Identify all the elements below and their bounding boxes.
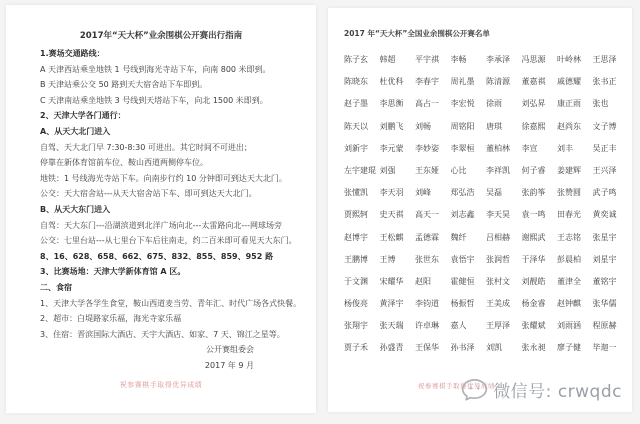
player-name: 宋耀华 bbox=[380, 276, 416, 298]
player-name: 张耀斌 bbox=[522, 320, 558, 342]
player-name: 心比 bbox=[451, 165, 487, 187]
player-name: 张华儒 bbox=[593, 298, 629, 320]
player-name: 王松麒 bbox=[380, 232, 416, 254]
player-name: 郑弘浩 bbox=[451, 187, 487, 209]
player-name: 唐琪 bbox=[486, 121, 522, 143]
player-name: 黄奕诚 bbox=[593, 209, 629, 231]
player-name: 李祥凯 bbox=[486, 165, 522, 187]
player-name: 张翔宇 bbox=[344, 320, 380, 342]
player-name: 霍健恒 bbox=[451, 276, 487, 298]
guide-line: 自驾：天大东门---沿湖滨道到北洋广场向北---太雷路向北---网球场旁 bbox=[40, 218, 306, 234]
player-name: 叶岭林 bbox=[557, 54, 593, 76]
player-name: 刘星宇 bbox=[593, 254, 629, 276]
guide-line: 自驾、天大北门早 7:30-8:30 可进出。其它时间不可进出； bbox=[40, 140, 306, 156]
player-name: 张韵筝 bbox=[522, 187, 558, 209]
player-name: 赵尚东 bbox=[557, 121, 593, 143]
player-name: 孙书泽 bbox=[451, 342, 487, 364]
wechat-id-label: 微信号: crwqdc bbox=[493, 377, 622, 402]
player-name: 刘峰 bbox=[415, 187, 451, 209]
wechat-chat-bubble-icon bbox=[461, 378, 488, 402]
player-name: 陈天以 bbox=[344, 121, 380, 143]
player-name: 刘雨涵 bbox=[557, 320, 593, 342]
player-name: 高天一 bbox=[415, 209, 451, 231]
guide-line: C 天津南站乘坐地铁 3 号线到天塔站下车，向北 1500 米即到。 bbox=[40, 93, 306, 109]
player-name: 王东娅 bbox=[415, 165, 451, 187]
player-name: 刘弘昇 bbox=[522, 98, 558, 120]
player-name: 魏纤 bbox=[451, 232, 487, 254]
player-name: 平宇祺 bbox=[415, 54, 451, 76]
player-name: 张天瑞 bbox=[380, 320, 416, 342]
guide-line: A、从天大北门进入 bbox=[40, 124, 306, 140]
guide-line: 公交：天大宿舍站---从天大宿舍站下车、即可到达天大北门。 bbox=[40, 186, 306, 202]
player-name: 姜建辉 bbox=[557, 165, 593, 187]
player-name: 刘丰 bbox=[557, 143, 593, 165]
player-name: 袁一鸣 bbox=[522, 209, 558, 231]
player-name: 徐雨 bbox=[486, 98, 522, 120]
player-name: 李承泽 bbox=[486, 54, 522, 76]
player-name: 赵钟麒 bbox=[557, 298, 593, 320]
guide-line: A 天津西站乘坐地铁 1 号线到海光寺站下车，向南 800 米即到。 bbox=[40, 62, 306, 78]
player-name: 彭晨柏 bbox=[557, 254, 593, 276]
guide-line: 2、天津大学各门通行： bbox=[40, 108, 306, 124]
guide-line: 1、天津大学各学生食堂，鞍山西道麦当劳、青年汇、时代广场各式快餐。 bbox=[40, 296, 306, 312]
player-name: 谢熙武 bbox=[522, 232, 558, 254]
guide-title: 2017年“天大杯”业余围棋公开赛出行指南 bbox=[6, 29, 316, 41]
player-name: 刘靓皓 bbox=[522, 276, 558, 298]
player-name: 徐嘉熙 bbox=[522, 121, 558, 143]
player-name: 刘新宇 bbox=[344, 143, 380, 165]
player-name: 程原赫 bbox=[593, 320, 629, 342]
player-name: 周礼墨 bbox=[451, 76, 487, 98]
player-name: 张永昶 bbox=[522, 342, 558, 364]
player-name: 董津全 bbox=[557, 276, 593, 298]
player-name: 张润哲 bbox=[486, 254, 522, 276]
player-name: 杨振哲 bbox=[451, 298, 487, 320]
player-name: 赵博宇 bbox=[344, 232, 380, 254]
player-name: 王博 bbox=[380, 254, 416, 276]
player-name: 高占一 bbox=[415, 98, 451, 120]
player-name: 董铭宇 bbox=[593, 276, 629, 298]
player-name: 王厚泽 bbox=[486, 320, 522, 342]
guide-red-footer: 祝参赛棋手取得优异成绩 bbox=[6, 380, 316, 390]
player-name: 张也 bbox=[593, 98, 629, 120]
player-name: 董嘉祺 bbox=[522, 76, 558, 98]
player-name: 陈晓东 bbox=[344, 76, 380, 98]
player-name: 孟德霖 bbox=[415, 232, 451, 254]
guide-line: B、从天大东门进入 bbox=[40, 202, 306, 218]
player-name: 毕迦一 bbox=[593, 342, 629, 364]
player-name: 赵阳 bbox=[415, 276, 451, 298]
player-name: 张星宇 bbox=[593, 232, 629, 254]
guide-line: 8、16、628、658、662、675、832、855、859、952 路 bbox=[40, 249, 306, 265]
guide-line: 二、食宿 bbox=[40, 280, 306, 296]
player-name: 李畅 bbox=[451, 54, 487, 76]
list-title: 2017 年“天大杯”全国业余围棋公开赛名单 bbox=[344, 28, 490, 39]
player-name: 吕相赫 bbox=[486, 232, 522, 254]
player-name: 孙盛青 bbox=[380, 342, 416, 364]
player-name: 王志铭 bbox=[557, 232, 593, 254]
player-name: 冯思源 bbox=[522, 54, 558, 76]
player-name: 张赞圆 bbox=[557, 187, 593, 209]
player-name: 李元蒙 bbox=[380, 143, 416, 165]
player-name: 李宏悦 bbox=[451, 98, 487, 120]
player-name: 文子博 bbox=[593, 121, 629, 143]
player-name: 刘鹏飞 bbox=[380, 121, 416, 143]
player-name: 张懂凯 bbox=[344, 187, 380, 209]
player-name: 张书正 bbox=[593, 76, 629, 98]
guide-line: 3、住宿：晋滨国际大酒店、天宇大酒店、如家、7 天、锦江之星等。 bbox=[40, 327, 306, 343]
guide-line: 地铁：1 号线海光寺站下车。向南步行约 10 分钟即可到达天大北门。 bbox=[40, 171, 306, 187]
player-name: 赵子墨 bbox=[344, 98, 380, 120]
player-name: 杜优科 bbox=[380, 76, 416, 98]
player-name: 周铭阳 bbox=[451, 121, 487, 143]
player-name: 王美成 bbox=[486, 298, 522, 320]
travel-guide-page: 2017年“天大杯”业余围棋公开赛出行指南 1.赛场交通路线：A 天津西站乘坐地… bbox=[6, 5, 316, 413]
player-name: 王思泽 bbox=[593, 54, 629, 76]
player-name: 黄泽宇 bbox=[380, 298, 416, 320]
player-name: 田春光 bbox=[557, 209, 593, 231]
player-name: 刘志鑫 bbox=[451, 209, 487, 231]
player-name: 袁悟宇 bbox=[451, 254, 487, 276]
player-name: 左宇建琨 bbox=[344, 165, 380, 187]
player-name: 王兴泽 bbox=[593, 165, 629, 187]
player-name: 王鹏博 bbox=[344, 254, 380, 276]
name-grid: 陈子玄韩超平宇祺李畅李承泽冯思源叶岭林王思泽陈晓东杜优科李春宇周礼墨陈清源董嘉祺… bbox=[344, 54, 628, 365]
player-name: 戚德耀 bbox=[557, 76, 593, 98]
guide-line: B 天津站乘公交 50 路到天大宿舍站下车即到。 bbox=[40, 77, 306, 93]
player-name: 何子睿 bbox=[522, 165, 558, 187]
player-name: 陈子玄 bbox=[344, 54, 380, 76]
guide-line: 公交：七里台站---从七里台下车后往南走，约二百米即可看见天大东门。 bbox=[40, 233, 306, 249]
player-name: 李钧道 bbox=[415, 298, 451, 320]
player-name: 嘉人 bbox=[451, 320, 487, 342]
guide-line: 2、超市：白堤路家乐福，海光寺家乐福 bbox=[40, 311, 306, 327]
player-name: 李妙姿 bbox=[415, 143, 451, 165]
player-name: 李天羽 bbox=[380, 187, 416, 209]
player-name: 许卓琳 bbox=[415, 320, 451, 342]
guide-line: 3、比赛场地：天津大学新体育馆 A 区。 bbox=[40, 264, 306, 280]
player-name: 贾子禾 bbox=[344, 342, 380, 364]
player-name: 李春宇 bbox=[415, 76, 451, 98]
player-name: 吴磊 bbox=[486, 187, 522, 209]
player-name: 王保华 bbox=[415, 342, 451, 364]
player-name: 李思衡 bbox=[380, 98, 416, 120]
player-name: 张村文 bbox=[486, 276, 522, 298]
player-name: 廖子健 bbox=[557, 342, 593, 364]
player-list-page: 2017 年“天大杯”全国业余围棋公开赛名单 陈子玄韩超平宇祺李畅李承泽冯思源叶… bbox=[328, 8, 632, 412]
wechat-watermark: 微信号: crwqdc bbox=[461, 377, 622, 402]
player-name: 康正雨 bbox=[557, 98, 593, 120]
guide-line: 2017 年 9 月 bbox=[40, 358, 306, 374]
player-name: 武子鸣 bbox=[593, 187, 629, 209]
player-name: 韩超 bbox=[380, 54, 416, 76]
player-name: 史天祺 bbox=[380, 209, 416, 231]
guide-line: 停靠在新体育馆前车位、鞍山西道两侧停车位。 bbox=[40, 155, 306, 171]
player-name: 李天昊 bbox=[486, 209, 522, 231]
player-name: 刘畅 bbox=[415, 121, 451, 143]
player-name: 李宣 bbox=[522, 143, 558, 165]
player-name: 刘凯 bbox=[486, 342, 522, 364]
player-name: 于文渊 bbox=[344, 276, 380, 298]
player-name: 陈清源 bbox=[486, 76, 522, 98]
player-name: 张世东 bbox=[415, 254, 451, 276]
player-name: 刘强 bbox=[380, 165, 416, 187]
player-name: 于泽华 bbox=[522, 254, 558, 276]
player-name: 贾熙轲 bbox=[344, 209, 380, 231]
left-page-body: 1.赛场交通路线：A 天津西站乘坐地铁 1 号线到海光寺站下车，向南 800 米… bbox=[40, 46, 306, 373]
player-name: 吴正丰 bbox=[593, 143, 629, 165]
guide-line: 公开赛组委会 bbox=[40, 342, 306, 358]
player-name: 杨金睿 bbox=[522, 298, 558, 320]
player-name: 董柏林 bbox=[486, 143, 522, 165]
player-name: 杨俊亮 bbox=[344, 298, 380, 320]
player-name: 李翠桓 bbox=[451, 143, 487, 165]
guide-line: 1.赛场交通路线： bbox=[40, 46, 306, 62]
